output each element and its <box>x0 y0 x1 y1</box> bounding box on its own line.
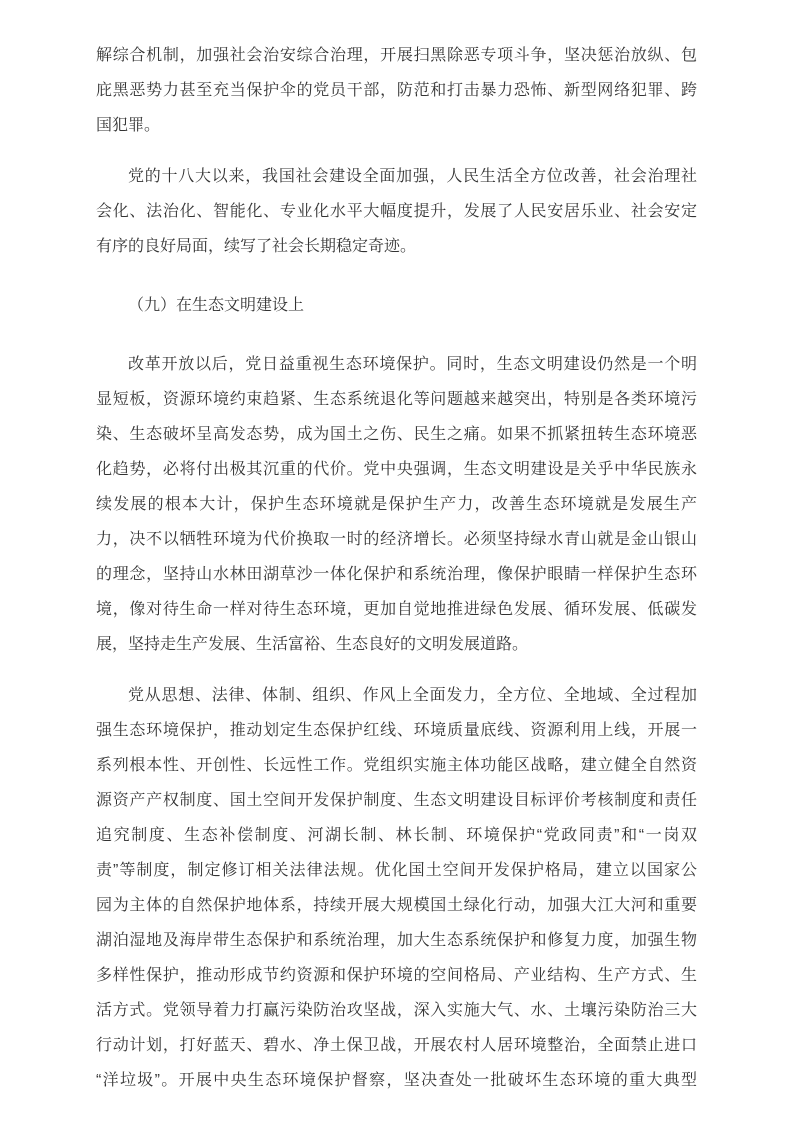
section-heading-ecological-civilization: （九）在生态文明建设上 <box>96 288 697 323</box>
paragraph-ecological-importance: 改革开放以后，党日益重视生态环境保护。同时，生态文明建设仍然是一个明 显短板，资… <box>96 347 697 662</box>
paragraph-social-governance-continuation: 解综合机制，加强社会治安综合治理，开展扫黑除恶专项斗争，坚决惩治放纵、包 庇黑恶… <box>96 38 697 143</box>
text-line: 展，坚持走生产发展、生活富裕、生态良好的文明发展道路。 <box>96 627 697 662</box>
text-line: 染、生态破坏呈高发态势，成为国土之伤、民生之痛。如果不抓紧扭转生态环境恶 <box>96 417 697 452</box>
text-line: 多样性保护，推动形成节约资源和保护环境的空间格局、产业结构、生产方式、生 <box>96 958 697 993</box>
text-line: 国犯罪。 <box>96 108 697 143</box>
text-line: 源资产产权制度、国土空间开发保护制度、生态文明建设目标评价考核制度和责任 <box>96 783 697 818</box>
text-line: 行动计划，打好蓝天、碧水、净土保卫战，开展农村人居环境整治，全面禁止进口 <box>96 1028 697 1063</box>
text-line: 庇黑恶势力甚至充当保护伞的党员干部，防范和打击暴力恐怖、新型网络犯罪、跨 <box>96 73 697 108</box>
text-line: 显短板，资源环境约束趋紧、生态系统退化等问题越来越突出，特别是各类环境污 <box>96 382 697 417</box>
text-line: 责”等制度，制定修订相关法律法规。优化国土空间开发保护格局，建立以国家公 <box>96 853 697 888</box>
paragraph-ecological-measures: 党从思想、法律、体制、组织、作风上全面发力，全方位、全地域、全过程加 强生态环境… <box>96 678 697 1098</box>
text-line: “洋垃圾”。开展中央生态环境保护督察，坚决查处一批破坏生态环境的重大典型 <box>96 1063 697 1098</box>
text-line: 追究制度、生态补偿制度、河湖长制、林长制、环境保护“党政同责”和“一岗双 <box>96 818 697 853</box>
text-line: 党从思想、法律、体制、组织、作风上全面发力，全方位、全地域、全过程加 <box>96 678 697 713</box>
text-line: 园为主体的自然保护地体系，持续开展大规模国土绿化行动，加强大江大河和重要 <box>96 888 697 923</box>
text-line: 化趋势，必将付出极其沉重的代价。党中央强调，生态文明建设是关乎中华民族永 <box>96 452 697 487</box>
text-line: 改革开放以后，党日益重视生态环境保护。同时，生态文明建设仍然是一个明 <box>96 347 697 382</box>
text-line: 强生态环境保护，推动划定生态保护红线、环境质量底线、资源利用上线，开展一 <box>96 713 697 748</box>
text-line: 境，像对待生命一样对待生态环境，更加自觉地推进绿色发展、循环发展、低碳发 <box>96 592 697 627</box>
text-line: 的理念，坚持山水林田湖草沙一体化保护和系统治理，像保护眼睛一样保护生态环 <box>96 557 697 592</box>
text-line: 会化、法治化、智能化、专业化水平大幅度提升，发展了人民安居乐业、社会安定 <box>96 194 697 229</box>
text-line: 有序的良好局面，续写了社会长期稳定奇迹。 <box>96 229 697 264</box>
text-line: 续发展的根本大计，保护生态环境就是保护生产力，改善生态环境就是发展生产 <box>96 487 697 522</box>
text-line: 系列根本性、开创性、长远性工作。党组织实施主体功能区战略，建立健全自然资 <box>96 748 697 783</box>
text-line: 湖泊湿地及海岸带生态保护和系统治理，加大生态系统保护和修复力度，加强生物 <box>96 923 697 958</box>
document-page: 解综合机制，加强社会治安综合治理，开展扫黑除恶专项斗争，坚决惩治放纵、包 庇黑恶… <box>0 0 793 1122</box>
text-line: 解综合机制，加强社会治安综合治理，开展扫黑除恶专项斗争，坚决惩治放纵、包 <box>96 38 697 73</box>
section-heading-text: （九）在生态文明建设上 <box>96 288 697 323</box>
paragraph-social-construction-achievements: 党的十八大以来，我国社会建设全面加强，人民生活全方位改善，社会治理社 会化、法治… <box>96 159 697 264</box>
text-line: 活方式。党领导着力打赢污染防治攻坚战，深入实施大气、水、土壤污染防治三大 <box>96 993 697 1028</box>
text-line: 力，决不以牺牲环境为代价换取一时的经济增长。必须坚持绿水青山就是金山银山 <box>96 522 697 557</box>
text-line: 党的十八大以来，我国社会建设全面加强，人民生活全方位改善，社会治理社 <box>96 159 697 194</box>
